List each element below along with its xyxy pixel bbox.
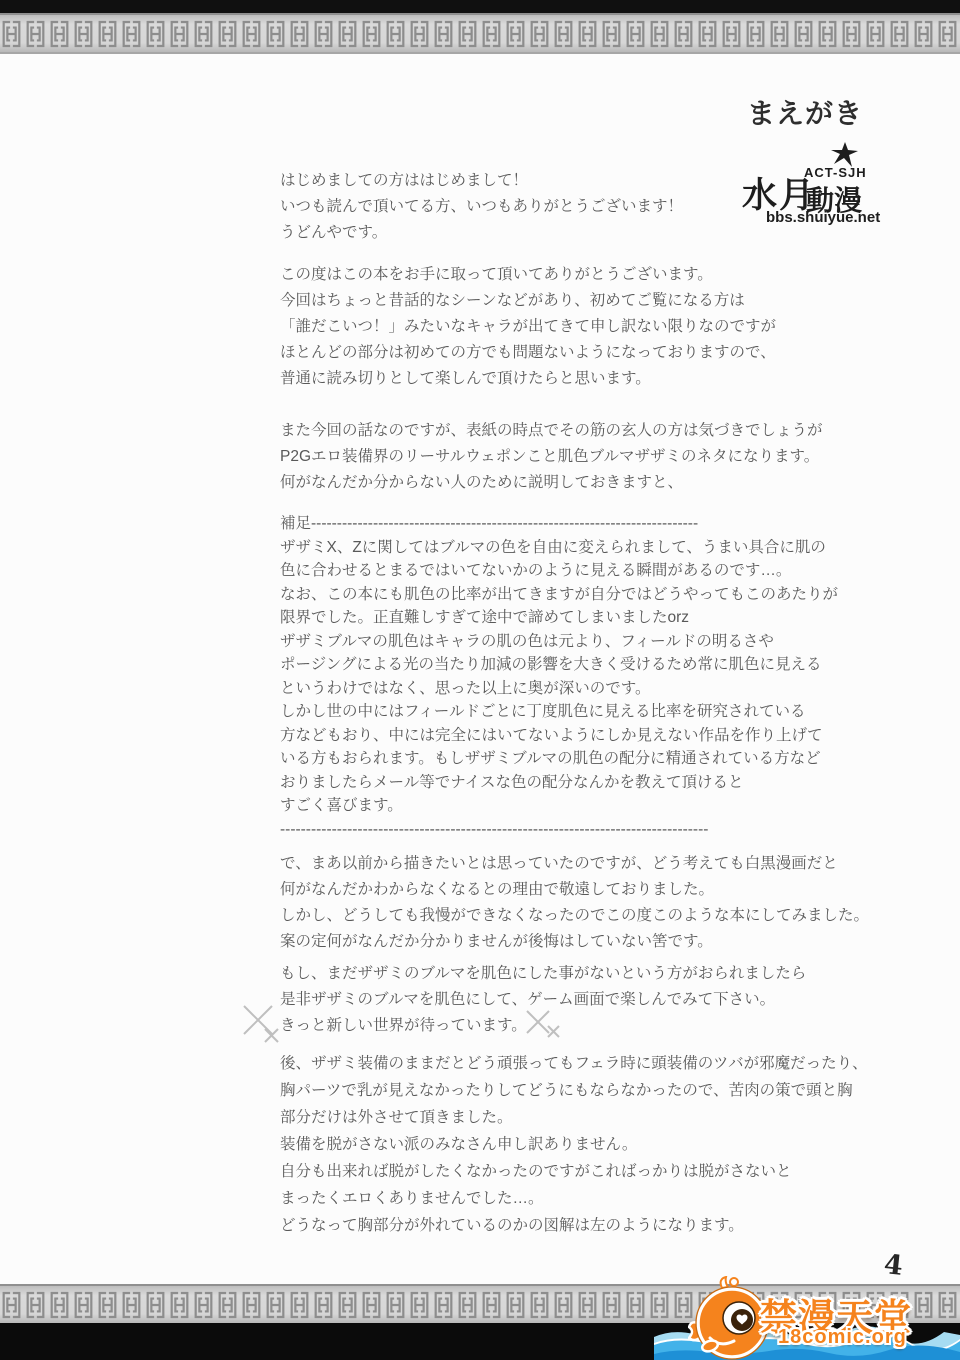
meander-tile bbox=[696, 1288, 719, 1322]
meander-tile bbox=[96, 1288, 119, 1322]
paragraph-topic: また今回の話なのですが、表紙の時点でその筋の玄人の方は気づきでしょうが P2Gエ… bbox=[280, 418, 823, 496]
paragraph-thanks: この度はこの本をお手に取って頂いてありがとうございます。 今回はちょっと昔話的な… bbox=[280, 262, 776, 392]
meander-tile bbox=[456, 1288, 479, 1322]
meander-tile bbox=[696, 17, 719, 51]
circle-logo: ACT-SJH 水月 動漫 bbs.shuiyue.net bbox=[690, 138, 880, 233]
meander-tile bbox=[552, 1288, 575, 1322]
meander-tile bbox=[336, 1288, 359, 1322]
meander-tile bbox=[0, 17, 23, 51]
meander-tile bbox=[240, 17, 263, 51]
meander-tile bbox=[24, 17, 47, 51]
meander-tile bbox=[792, 17, 815, 51]
meander-tile bbox=[504, 17, 527, 51]
meander-tile bbox=[864, 17, 887, 51]
meander-tile bbox=[744, 17, 767, 51]
paragraph-equipment-note: 後、ザザミ装備のままだとどう頑張ってもフェラ時に頭装備のツバが邪魔だったり、 胸… bbox=[280, 1050, 868, 1239]
meander-tile bbox=[840, 17, 863, 51]
logo-url: bbs.shuiyue.net bbox=[766, 209, 880, 226]
meander-tile bbox=[192, 17, 215, 51]
meander-tile bbox=[312, 1288, 335, 1322]
meander-tile bbox=[840, 1288, 863, 1322]
bottom-black-bar bbox=[0, 1323, 960, 1360]
sparkle-icon bbox=[546, 1024, 561, 1044]
meander-tile bbox=[312, 17, 335, 51]
meander-tile bbox=[936, 17, 959, 51]
meander-tile bbox=[264, 1288, 287, 1322]
meander-tile bbox=[600, 17, 623, 51]
meander-tile bbox=[168, 1288, 191, 1322]
meander-tile bbox=[408, 1288, 431, 1322]
meander-tile bbox=[408, 17, 431, 51]
meander-tile bbox=[504, 1288, 527, 1322]
meander-tile bbox=[528, 1288, 551, 1322]
meander-tile bbox=[288, 17, 311, 51]
meander-tile bbox=[456, 17, 479, 51]
meander-tile bbox=[672, 1288, 695, 1322]
meander-tile bbox=[480, 1288, 503, 1322]
page-title: まえがき bbox=[747, 92, 863, 132]
meander-tile bbox=[216, 1288, 239, 1322]
meander-tile bbox=[144, 17, 167, 51]
meander-tile bbox=[96, 17, 119, 51]
meander-tile bbox=[432, 1288, 455, 1322]
paragraph-greeting: はじめましての方ははじめまして！ いつも読んで頂いてる方、いつもありがとうござい… bbox=[280, 168, 683, 246]
meander-tile bbox=[720, 17, 743, 51]
meander-tile bbox=[144, 1288, 167, 1322]
meander-tile bbox=[48, 17, 71, 51]
scanned-doujin-foreword-page: まえがき ACT-SJH 水月 動漫 bbs.shuiyue.net はじめまし… bbox=[0, 0, 960, 1360]
meander-tile bbox=[888, 1288, 911, 1322]
meander-tile bbox=[744, 1288, 767, 1322]
meander-tile bbox=[120, 1288, 143, 1322]
meander-tile bbox=[648, 17, 671, 51]
meander-tile bbox=[192, 1288, 215, 1322]
greek-key-border-top bbox=[0, 13, 960, 54]
meander-tile bbox=[384, 17, 407, 51]
meander-tile bbox=[384, 1288, 407, 1322]
meander-tile bbox=[48, 1288, 71, 1322]
meander-tile bbox=[336, 17, 359, 51]
paragraph-reason: で、まあ以前から描きたいとは思っていたのですが、どう考えても白黒漫画だと 何がな… bbox=[280, 851, 869, 955]
meander-tile bbox=[168, 17, 191, 51]
meander-tile bbox=[768, 17, 791, 51]
meander-tile bbox=[912, 17, 935, 51]
meander-tile bbox=[0, 1288, 23, 1322]
meander-tile bbox=[912, 1288, 935, 1322]
meander-tile bbox=[816, 1288, 839, 1322]
meander-tile bbox=[648, 1288, 671, 1322]
page-number: 4 bbox=[882, 1249, 904, 1282]
meander-tile bbox=[624, 17, 647, 51]
meander-tile bbox=[288, 1288, 311, 1322]
meander-tile bbox=[120, 17, 143, 51]
meander-tile bbox=[216, 17, 239, 51]
meander-tile bbox=[576, 17, 599, 51]
meander-tile bbox=[72, 17, 95, 51]
meander-tile bbox=[480, 17, 503, 51]
meander-tile bbox=[432, 17, 455, 51]
meander-tile bbox=[816, 17, 839, 51]
meander-tile bbox=[936, 1288, 959, 1322]
greek-key-border-bottom bbox=[0, 1284, 960, 1325]
meander-tile bbox=[264, 17, 287, 51]
meander-tile bbox=[528, 17, 551, 51]
meander-tile bbox=[600, 1288, 623, 1322]
meander-tile bbox=[792, 1288, 815, 1322]
sparkle-icon bbox=[263, 1027, 280, 1049]
meander-tile bbox=[360, 1288, 383, 1322]
meander-tile bbox=[624, 1288, 647, 1322]
meander-tile bbox=[672, 17, 695, 51]
meander-tile bbox=[576, 1288, 599, 1322]
meander-tile bbox=[360, 17, 383, 51]
top-black-bar bbox=[0, 0, 960, 13]
meander-tile bbox=[888, 17, 911, 51]
paragraph-supplement-note: 補足--------------------------------------… bbox=[280, 512, 838, 841]
meander-tile bbox=[864, 1288, 887, 1322]
meander-tile bbox=[240, 1288, 263, 1322]
meander-tile bbox=[24, 1288, 47, 1322]
meander-tile bbox=[72, 1288, 95, 1322]
meander-tile bbox=[768, 1288, 791, 1322]
meander-tile bbox=[720, 1288, 743, 1322]
meander-tile bbox=[552, 17, 575, 51]
